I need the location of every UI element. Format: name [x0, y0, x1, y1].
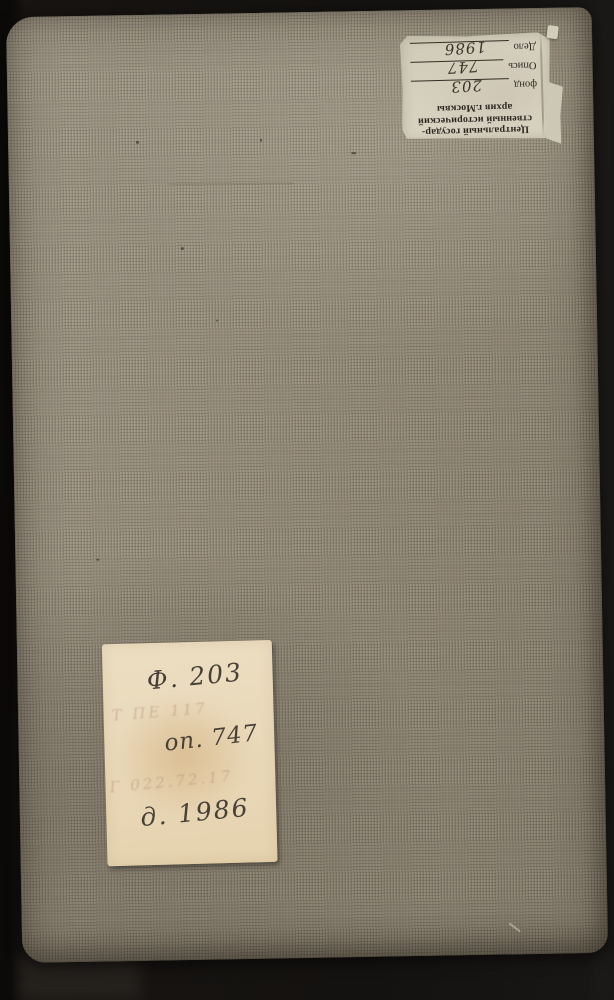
fond-number-handwritten: Ф. 203 [145, 657, 244, 695]
archive-name: Центральный государ- ственный историческ… [408, 100, 543, 138]
torn-paper-scrap-small [546, 25, 559, 39]
field-value-fond: 203 [450, 76, 483, 96]
field-label-fond: фонд [514, 77, 537, 90]
scanner-backdrop: Центральный государ- ственный историческ… [0, 0, 614, 1000]
book-back-cover: Центральный государ- ственный историческ… [6, 7, 608, 963]
fabric-speck [351, 152, 356, 154]
fabric-speck [216, 320, 218, 322]
field-rule-fond: 203 [411, 78, 510, 101]
field-value-delo: 1986 [444, 38, 487, 59]
field-value-opis: 747 [446, 57, 479, 77]
fabric-fiber [509, 922, 521, 932]
fabric-scratch [169, 183, 294, 185]
torn-paper-scrap [544, 81, 563, 143]
fabric-speck [181, 247, 184, 250]
field-label-opis: Опись [508, 58, 537, 71]
fabric-speck [96, 559, 99, 561]
fabric-speck [260, 139, 262, 142]
field-label-delo: Дело [513, 39, 536, 52]
archive-stamp-label: Центральный государ- ственный историческ… [400, 32, 553, 142]
fabric-speck [136, 141, 139, 144]
shelf-label: Т ПЕ 117 Ф. 203 оп. 747 Г 022.72.17 д. 1… [102, 640, 278, 866]
